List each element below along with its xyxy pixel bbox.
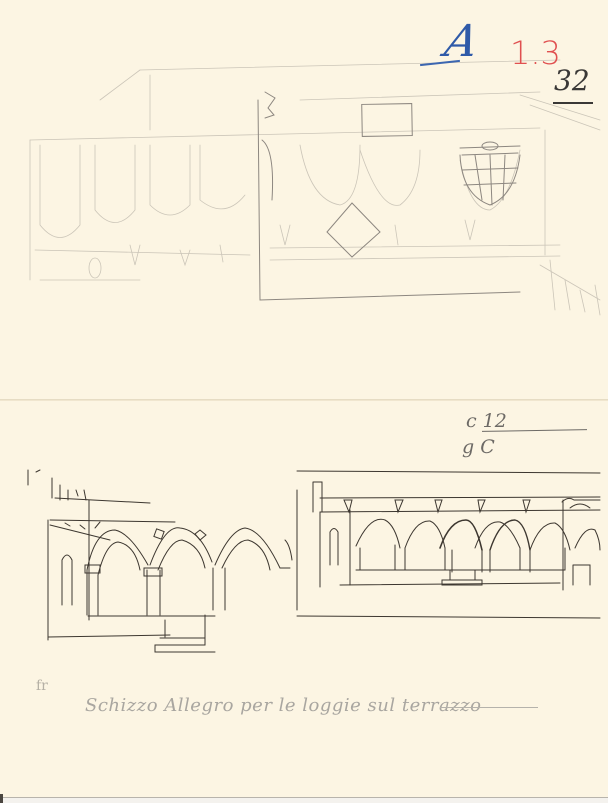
sheet-number: 32: [554, 64, 590, 97]
sheet-number-underline: [553, 102, 593, 104]
scan-corner: [0, 794, 3, 803]
caption-flourish: [440, 707, 538, 708]
reference-mark-upper: c 12: [466, 410, 507, 432]
reference-mark-lower: g C: [462, 436, 495, 458]
lower-right-ink-sketch: [0, 0, 608, 803]
sketch-caption: Schizzo Allegro per le loggie sul terraz…: [85, 695, 481, 716]
collection-stamp: fr: [36, 678, 48, 694]
scan-edge: [0, 797, 608, 803]
